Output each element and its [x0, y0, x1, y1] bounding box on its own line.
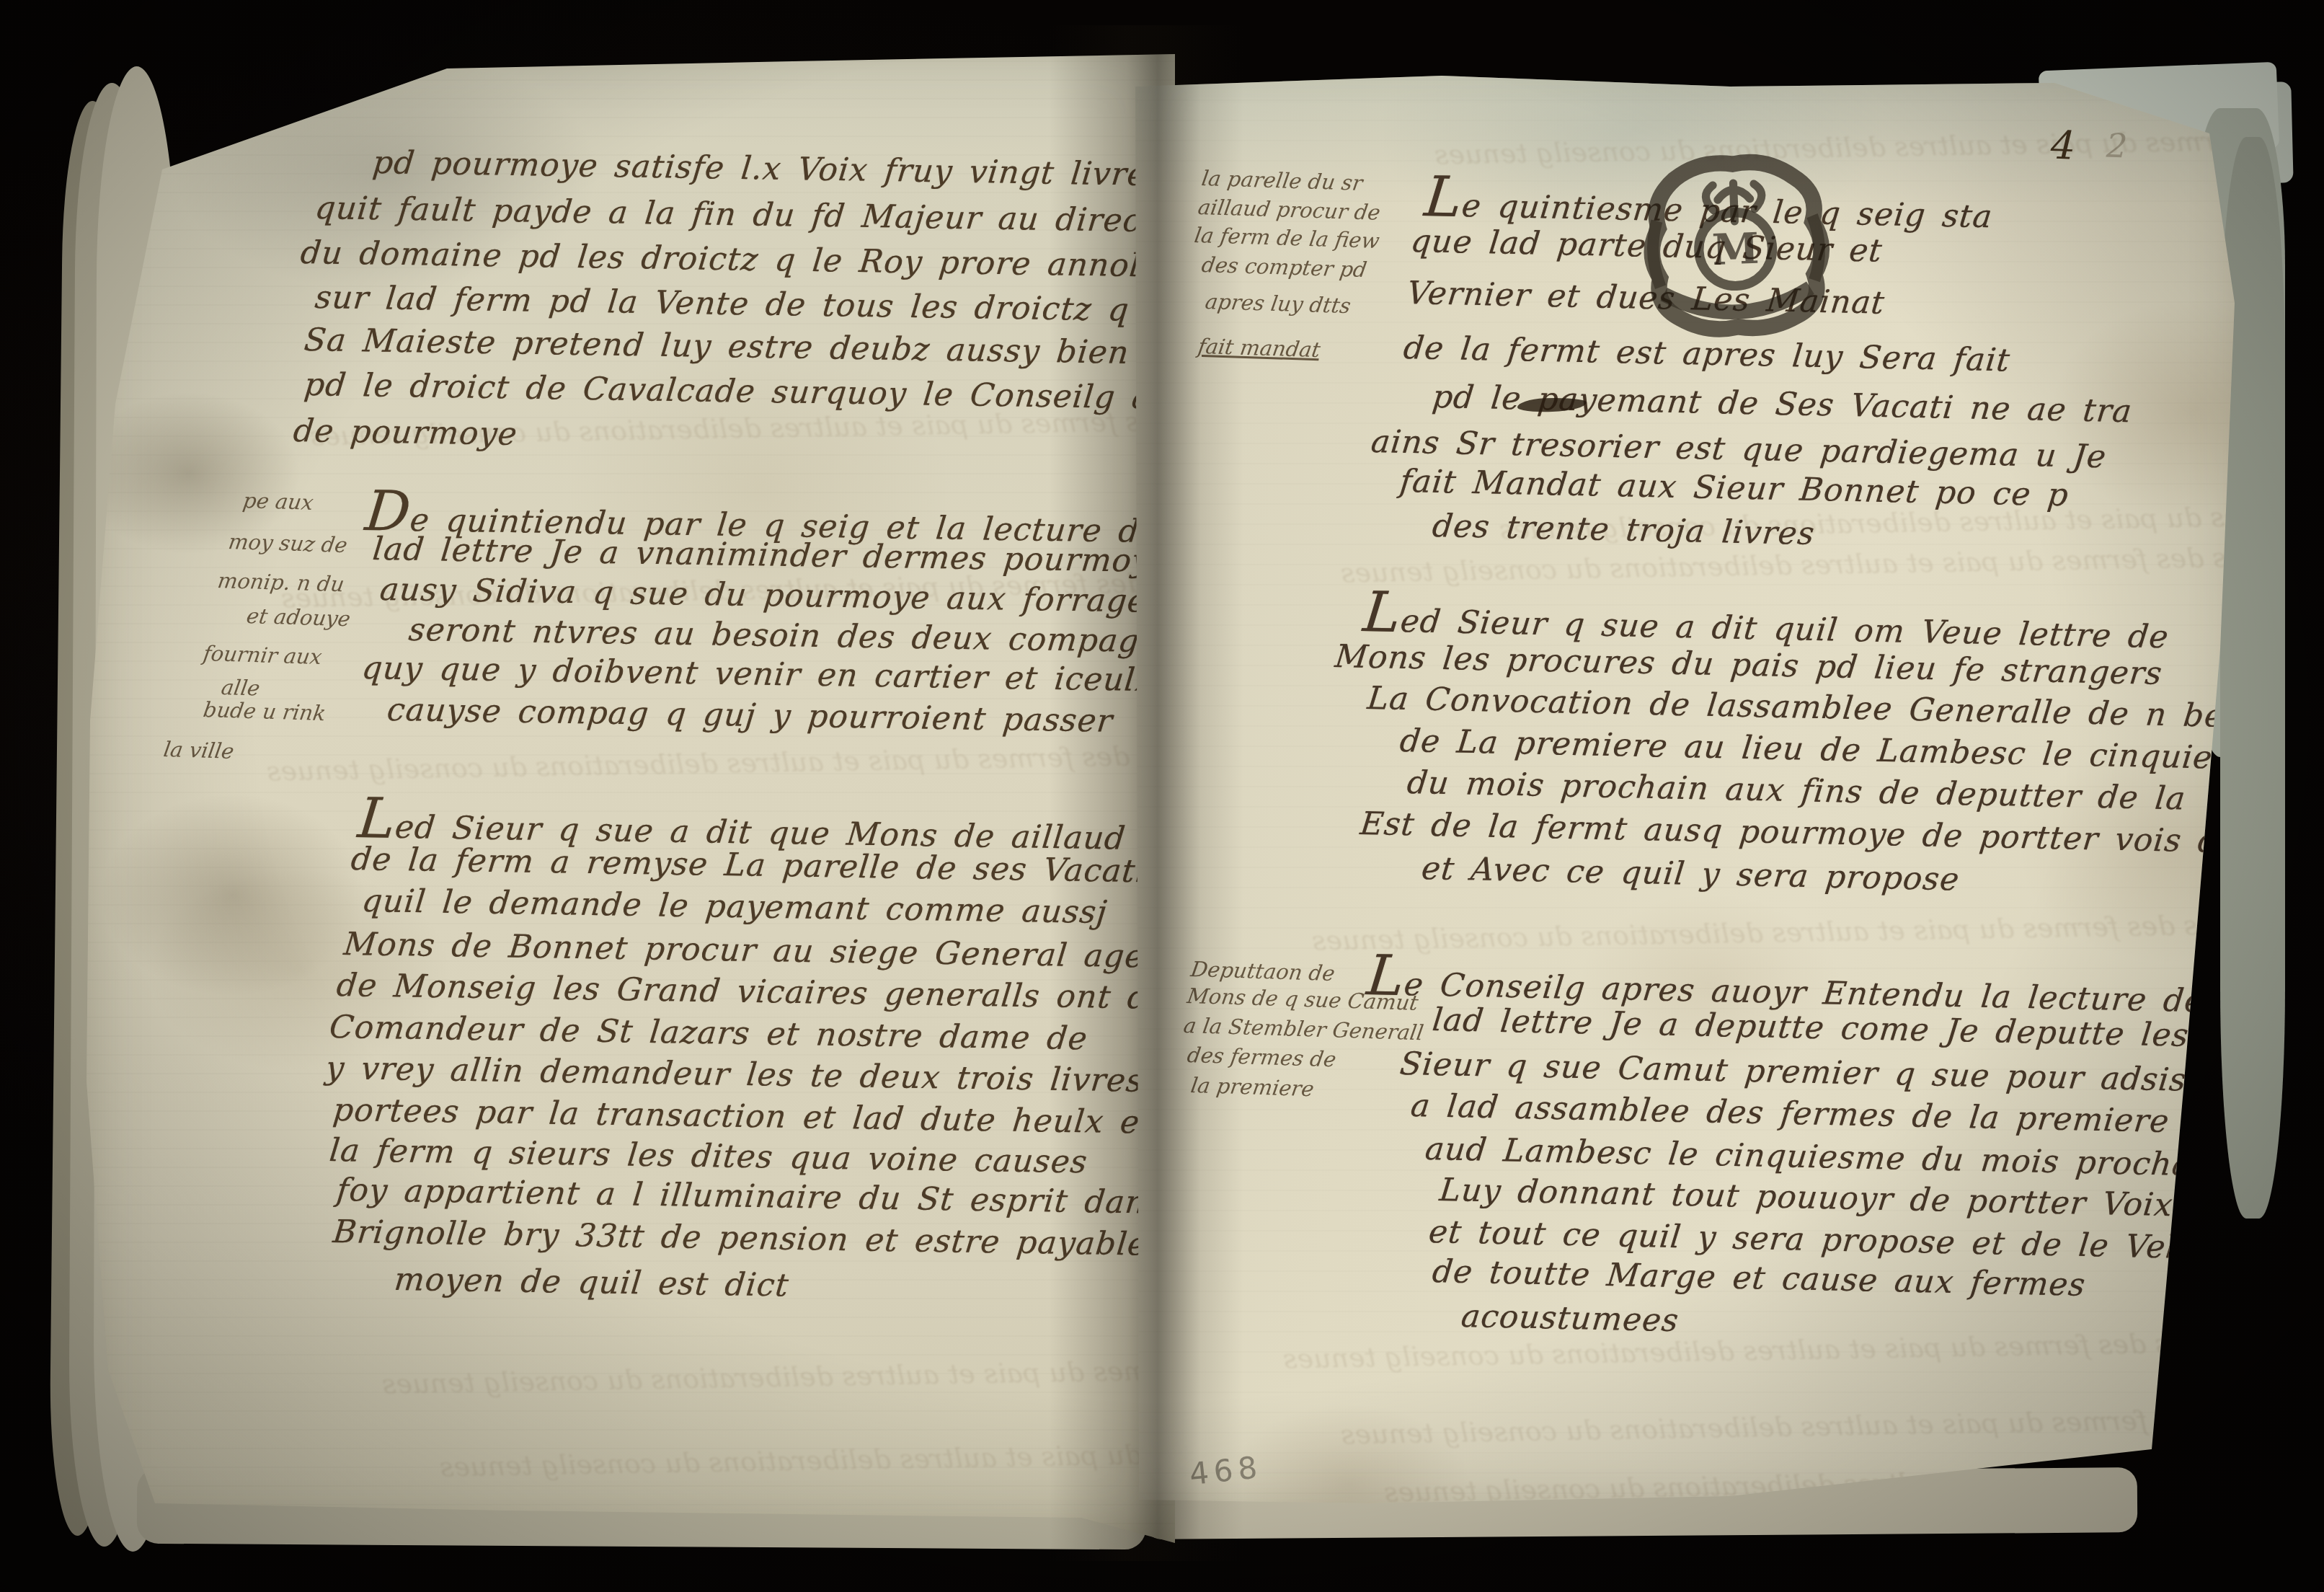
- faint-page-number: 2: [2106, 126, 2128, 166]
- margin-note: aillaud procur de: [1197, 195, 1383, 225]
- margin-note: la ville: [162, 737, 236, 764]
- handwriting-line: Comandeur de St lazars et nostre dame de: [328, 1009, 1090, 1057]
- handwriting-line: moyen de quil est dict: [393, 1261, 791, 1304]
- bleedthrough-text: assemblees des fermes du pais et aultres…: [1283, 1325, 2315, 1375]
- handwriting-line: acoustumees: [1459, 1298, 1680, 1339]
- handwriting-line: cauyse compag q guj y pourroient passer: [386, 691, 1115, 740]
- ink-stamp: M: [1629, 144, 1841, 346]
- handwriting-line: de pourmoye: [292, 412, 520, 453]
- margin-note: alle: [220, 675, 262, 701]
- handwriting-line: y vrey allin demandeur les te deux trois…: [324, 1050, 1145, 1100]
- margin-note: des fermes de: [1186, 1043, 1338, 1071]
- bleedthrough-text: assemblees des fermes du pais et aultres…: [1341, 539, 2324, 589]
- handwriting-line: de Monseig les Grand vicaires generalls …: [335, 967, 1175, 1017]
- bleedthrough-text: assemblees des fermes du pais et aultres…: [1434, 121, 2324, 171]
- handwriting-line: sur lad ferm pd la Vente de tous les dro…: [314, 279, 1131, 329]
- handwriting-line: et Avec ce quil y sera propose: [1419, 850, 1961, 898]
- margin-note: a la Stembler Generall: [1182, 1013, 1426, 1045]
- book-photo: + assemblees des fermes du pais et aultr…: [0, 0, 2324, 1592]
- handwriting-line: quit fault payde a la fin du fd Majeur a…: [314, 190, 1213, 240]
- right-page: 4 2 assemblees des fermes du pais et aul…: [1125, 43, 2249, 1514]
- pencil-foliation: 468: [1188, 1449, 1264, 1492]
- margin-note: et adouye: [245, 603, 352, 631]
- handwriting-line: Sa Maieste pretend luy estre deubz aussy…: [303, 322, 1210, 373]
- left-page: + assemblees des fermes du pais et aultr…: [79, 36, 1175, 1543]
- margin-note: bude u rink: [202, 697, 328, 725]
- handwriting-line: du domaine pd les droictz q le Roy prore…: [299, 234, 1187, 285]
- bleedthrough-text: assemblees des fermes du pais et aultres…: [1312, 907, 2324, 957]
- handwriting-line: pd pourmoye satisfe l.x Voix fruy vingt …: [371, 144, 1166, 193]
- bleedthrough-text: assemblees des fermes du pais et aultres…: [1341, 1401, 2324, 1451]
- margin-note: fait mandat: [1197, 334, 1322, 362]
- margin-note: la premiere: [1189, 1073, 1316, 1101]
- margin-note: monip. n du: [216, 568, 346, 596]
- page-number: 4: [2050, 122, 2077, 168]
- handwriting-line: quil le demande le payemant comme aussj: [360, 883, 1109, 931]
- margin-note: pe aux: [241, 488, 315, 515]
- handwriting-line: des trente troja livres: [1430, 508, 1817, 552]
- stamp-monogram: M: [1711, 224, 1760, 275]
- handwriting-line: pd le droict de Cavalcade surquoy le Con…: [303, 366, 1153, 416]
- margin-note: fournir aux: [202, 641, 324, 669]
- margin-note: moy suz de: [227, 529, 350, 557]
- margin-note: Deputtaon de: [1189, 957, 1336, 986]
- margin-note: des compter pd: [1200, 252, 1369, 282]
- handwriting-line: Mons de Bonnet procur au siege General a…: [342, 926, 1181, 976]
- margin-note: apres luy dtts: [1204, 289, 1352, 318]
- margin-note: la parelle du sr: [1200, 166, 1365, 195]
- handwriting-line: Brignolle bry 33tt de pension et estre p…: [332, 1213, 1166, 1263]
- margin-note: la ferm de la fiew: [1193, 223, 1381, 253]
